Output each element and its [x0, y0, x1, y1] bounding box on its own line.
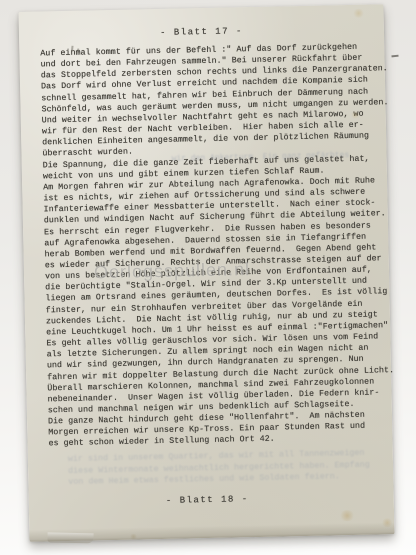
page-header-blatt-17: - Blatt 17 - — [19, 23, 384, 41]
page-bottom-crease — [29, 522, 394, 542]
document-page: - Blatt 17 - Auf einmal kommt für uns de… — [18, 4, 394, 542]
paper-stain — [353, 9, 365, 18]
page-footer-blatt-18: - Blatt 18 - — [25, 491, 390, 509]
document-body-text: Auf einmal kommt für uns der Befehl :" A… — [40, 41, 400, 450]
bleedthrough-text-block: wir sind in unserem Quartier, das wir mi… — [68, 448, 369, 489]
photo-background: - Blatt 17 - Auf einmal kommt für uns de… — [0, 0, 416, 555]
paper-stain — [339, 510, 355, 521]
